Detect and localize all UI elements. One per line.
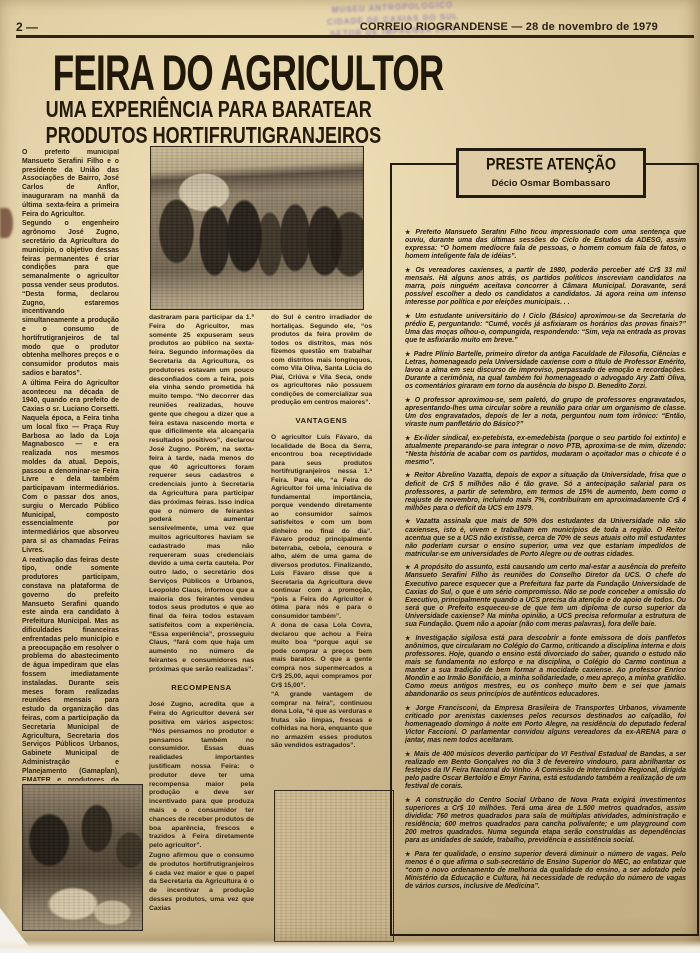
sidebar-item: ★Jorge Francisconi, da Empresa Brasileir… bbox=[405, 705, 686, 745]
paragraph: A dona de casa Lola Covra, declarou que … bbox=[271, 622, 372, 690]
sidebar-item: ★O professor aproximou-se, sem paletó, d… bbox=[405, 397, 686, 429]
paragraph: O agricultor Luis Fávaro, da localidade … bbox=[271, 434, 372, 621]
crosshead-recompensa: RECOMPENSA bbox=[149, 684, 254, 693]
crosshead-vantagens: VANTAGENS bbox=[271, 417, 372, 426]
sidebar-item: ★Vazatta assinala que mais de 50% dos es… bbox=[405, 518, 686, 558]
star-icon: ★ bbox=[405, 352, 411, 358]
paragraph: Segundo o engenheiro agrônomo José Zugno… bbox=[22, 220, 119, 378]
star-icon: ★ bbox=[405, 398, 412, 404]
article-column-2: dastraram para participar da 1.ª Feira d… bbox=[149, 314, 254, 952]
subheadline-1: UMA EXPERIÊNCIA PARA BARATEAR bbox=[46, 96, 335, 123]
star-icon: ★ bbox=[405, 519, 413, 525]
star-icon: ★ bbox=[405, 436, 411, 442]
paragraph: “A grande vantagem de comprar na feira”,… bbox=[271, 691, 372, 751]
sidebar-item: ★Um estudante universitário do I Ciclo (… bbox=[405, 313, 686, 345]
sidebar-author: Décio Osmar Bombassaro bbox=[463, 178, 639, 189]
page-number: 2 — bbox=[16, 20, 38, 34]
headline: FEIRA DO AGRICULTOR bbox=[53, 44, 328, 102]
photo-fair-crowd bbox=[150, 146, 364, 310]
paragraph: A reativação das feiras deste tipo, onde… bbox=[22, 557, 119, 781]
sidebar-item-text: Investigação sigilosa está para descobri… bbox=[405, 635, 686, 699]
sidebar-item-text: Mais de 400 músicos deverão participar d… bbox=[405, 751, 686, 790]
article-column-1: O prefeito municipal Mansueto Serafini F… bbox=[22, 149, 119, 781]
paragraph: O prefeito municipal Mansueto Serafini F… bbox=[22, 149, 119, 219]
paragraph: do Sul é centro irradiador de hortaliças… bbox=[271, 314, 372, 408]
sidebar-item: ★Ex-líder sindical, ex-petebista, ex-eme… bbox=[405, 435, 686, 467]
sidebar-item-text: A propósito do assunto, está causando um… bbox=[405, 564, 686, 628]
photo-shopper-basket bbox=[274, 790, 394, 942]
sidebar-item-text: Para ter qualidade, o ensino superior de… bbox=[405, 851, 686, 890]
article-column-3: do Sul é centro irradiador de hortaliças… bbox=[271, 314, 372, 786]
sidebar-item-text: Vazatta assinala que mais de 50% dos est… bbox=[405, 518, 686, 557]
sidebar-item-text: Um estudante universitário do I Ciclo (B… bbox=[405, 313, 686, 344]
star-icon: ★ bbox=[405, 268, 412, 274]
sidebar-item-text: Reitor Abrelino Vazatta, depois de expor… bbox=[405, 472, 686, 511]
sidebar-item: ★Prefeito Mansueto Serafini Filho ficou … bbox=[405, 229, 686, 261]
sidebar-item: ★Para ter qualidade, o ensino superior d… bbox=[405, 851, 686, 891]
sidebar-item-text: Os vereadores caxienses, a partir de 198… bbox=[405, 267, 686, 306]
paragraph: José Zugno, acredita que a Feira do Agri… bbox=[149, 701, 254, 851]
star-icon: ★ bbox=[405, 473, 411, 479]
sidebar-item: ★Mais de 400 músicos deverão participar … bbox=[405, 751, 686, 791]
star-icon: ★ bbox=[405, 230, 412, 236]
photo-market-stall bbox=[22, 784, 143, 931]
paragraph: Zugno afirmou que o consumo de produtos … bbox=[149, 852, 254, 914]
star-icon: ★ bbox=[405, 752, 411, 758]
sidebar-item-text: Padre Plínio Bartelle, primeiro diretor … bbox=[405, 351, 686, 390]
sidebar-item: ★Reitor Abrelino Vazatta, depois de expo… bbox=[405, 472, 686, 512]
sidebar-item-text: Prefeito Mansueto Serafini Filho ficou i… bbox=[405, 229, 686, 260]
sidebar-item: ★Investigação sigilosa está para descobr… bbox=[405, 635, 686, 700]
star-icon: ★ bbox=[405, 798, 413, 804]
sidebar-item-text: A construção do Centro Social Urbano de … bbox=[405, 797, 686, 844]
paragraph: A última Feira do Agricultor aconteceu n… bbox=[22, 380, 119, 556]
sidebar-item-text: Ex-líder sindical, ex-petebista, ex-emed… bbox=[405, 435, 686, 466]
star-icon: ★ bbox=[405, 565, 411, 571]
masthead: CORREIO RIOGRANDENSE — 28 de novembro de… bbox=[360, 21, 658, 33]
star-icon: ★ bbox=[405, 636, 412, 642]
sidebar-item-text: O professor aproximou-se, sem paletó, do… bbox=[405, 397, 686, 428]
star-icon: ★ bbox=[405, 314, 412, 320]
sidebar-items: ★Prefeito Mansueto Serafini Filho ficou … bbox=[405, 229, 686, 928]
sidebar-item-text: Jorge Francisconi, da Empresa Brasileira… bbox=[405, 705, 686, 744]
star-icon: ★ bbox=[405, 706, 412, 712]
sidebar-item: ★Padre Plínio Bartelle, primeiro diretor… bbox=[405, 351, 686, 391]
ink-smudge bbox=[0, 208, 13, 238]
sidebar-item: ★A construção do Centro Social Urbano de… bbox=[405, 797, 686, 846]
preste-atencao-box: PRESTE ATENÇÃO Décio Osmar Bombassaro ★P… bbox=[390, 163, 699, 936]
star-icon: ★ bbox=[405, 852, 412, 858]
paragraph: dastraram para participar da 1.ª Feira d… bbox=[149, 314, 254, 675]
header-rule bbox=[16, 35, 694, 38]
newspaper-page: MUSEU ANTROPOLOGICO CIDADE DE CAXIAS DO … bbox=[0, 0, 700, 948]
sidebar-title: PRESTE ATENÇÃO bbox=[470, 155, 632, 175]
sidebar-item: ★Os vereadores caxienses, a partir de 19… bbox=[405, 267, 686, 307]
sidebar-item: ★A propósito do assunto, está causando u… bbox=[405, 564, 686, 629]
sidebar-title-box: PRESTE ATENÇÃO Décio Osmar Bombassaro bbox=[456, 148, 646, 198]
